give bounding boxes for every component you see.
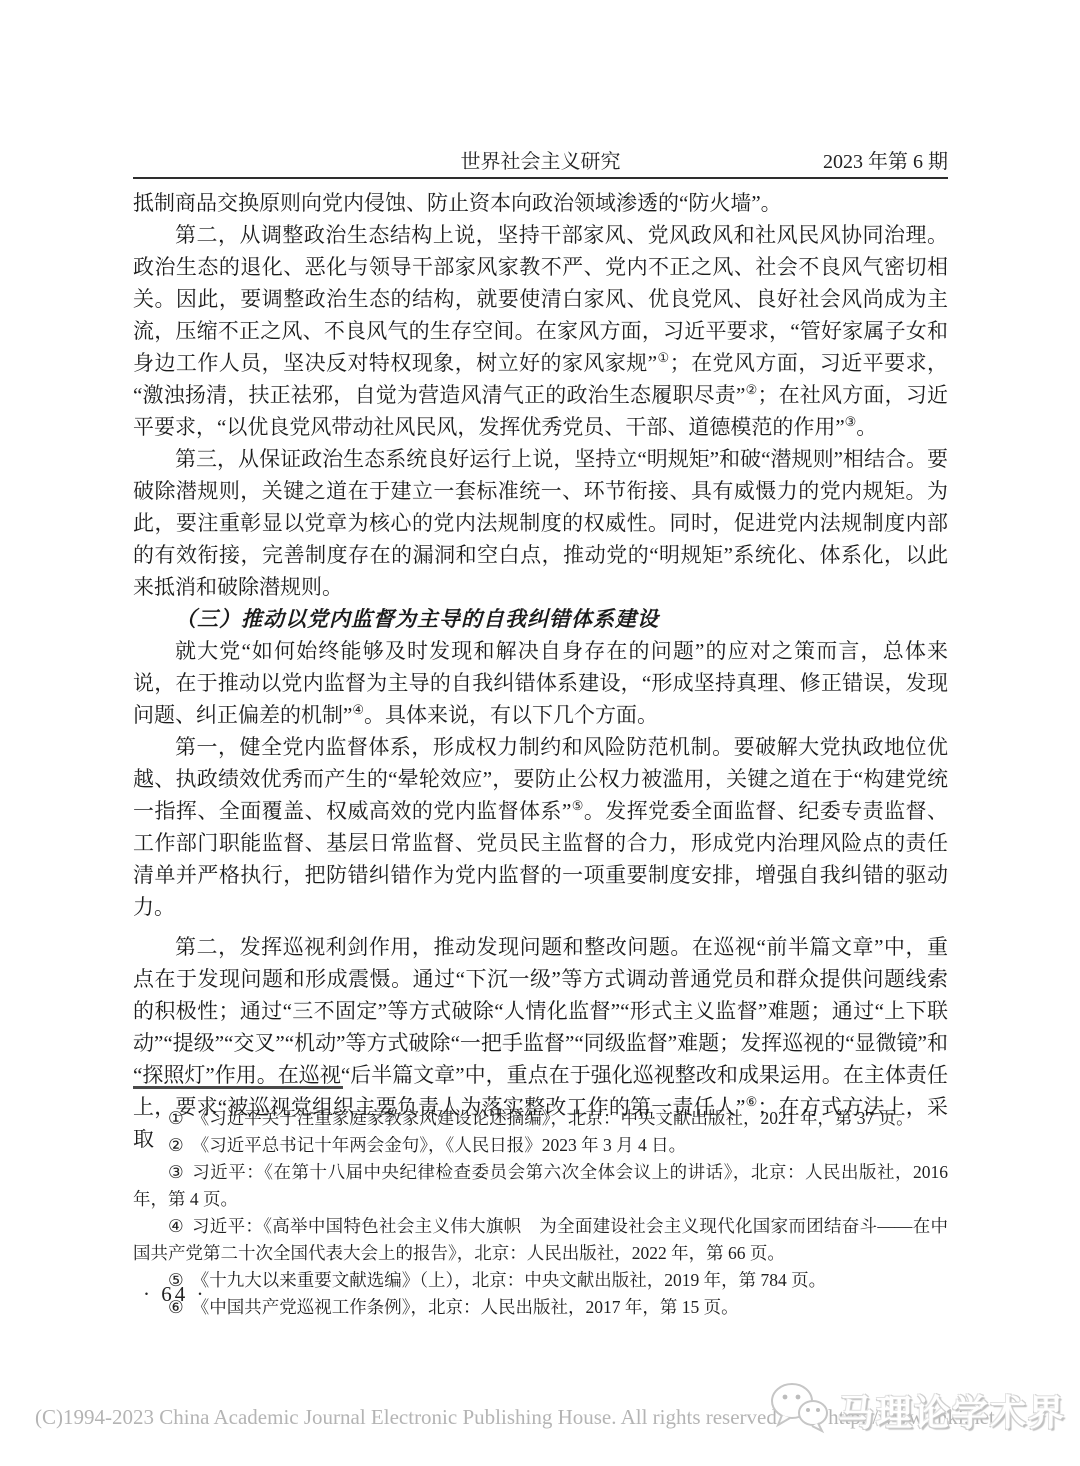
footnote-2-text: 《习近平总书记十年两会金句》，《人民日报》2023 年 3 月 4 日。 — [192, 1135, 686, 1155]
footnote-2-marker: ② — [168, 1135, 184, 1155]
section-heading: （三）推动以党内监督为主导的自我纠错体系建设 — [133, 603, 948, 635]
footnote-1: ①《习近平关于注重家庭家教家风建设论述摘编》，北京：中央文献出版社，2021 年… — [133, 1105, 948, 1132]
footnote-5-text: 《十九大以来重要文献选编》（上），北京：中央文献出版社，2019 年，第 784… — [192, 1270, 826, 1290]
watermark: 马理论学术界 — [766, 1374, 1066, 1446]
footnote-5: ⑤《十九大以来重要文献选编》（上），北京：中央文献出版社，2019 年，第 78… — [133, 1267, 948, 1294]
footnote-3-marker: ③ — [168, 1162, 184, 1182]
footnote-3: ③习近平：《在第十八届中央纪律检查委员会第六次全体会议上的讲话》，北京：人民出版… — [133, 1159, 948, 1213]
footnote-6-text: 《中国共产党巡视工作条例》，北京：人民出版社，2017 年，第 15 页。 — [192, 1297, 739, 1317]
journal-page: 世界社会主义研究 2023 年第 6 期 抵制商品交换原则向党内侵蚀、防止资本向… — [0, 0, 1080, 1466]
footnote-separator — [133, 1086, 343, 1089]
watermark-text: 马理论学术界 — [838, 1385, 1066, 1436]
paragraph-third-ecology: 第三，从保证政治生态系统良好运行上说，坚持立“明规矩”和破“潜规则”相结合。要破… — [133, 443, 948, 603]
page-number: · 64 · — [143, 1282, 207, 1307]
footnote-1-text: 《习近平关于注重家庭家教家风建设论述摘编》，北京：中央文献出版社，2021 年，… — [192, 1108, 914, 1128]
issue-label: 2023 年第 6 期 — [823, 149, 948, 175]
footnote-2: ②《习近平总书记十年两会金句》，《人民日报》2023 年 3 月 4 日。 — [133, 1132, 948, 1159]
copyright-text: (C)1994-2023 China Academic Journal Elec… — [35, 1405, 782, 1429]
wechat-icon — [766, 1377, 832, 1444]
paragraph-first-point: 第一，健全党内监督体系，形成权力制约和风险防范机制。要破解大党执政地位优越、执政… — [133, 731, 948, 923]
footnote-3-text: 习近平：《在第十八届中央纪律检查委员会第六次全体会议上的讲话》，北京：人民出版社… — [133, 1162, 948, 1209]
header-rule — [133, 177, 948, 179]
footnote-1-marker: ① — [168, 1108, 184, 1128]
footnote-4: ④习近平：《高举中国特色社会主义伟大旗帜 为全面建设社会主义现代化国家而团结奋斗… — [133, 1213, 948, 1267]
footnote-4-text: 习近平：《高举中国特色社会主义伟大旗帜 为全面建设社会主义现代化国家而团结奋斗—… — [133, 1216, 948, 1263]
article-body: 抵制商品交换原则向党内侵蚀、防止资本向政治领域渗透的“防火墙”。 第二，从调整政… — [133, 187, 948, 1155]
paragraph-intro: 就大党“如何始终能够及时发现和解决自身存在的问题”的应对之策而言，总体来说，在于… — [133, 635, 948, 731]
footnote-6: ⑥《中国共产党巡视工作条例》，北京：人民出版社，2017 年，第 15 页。 — [133, 1294, 948, 1321]
paragraph-continuation: 抵制商品交换原则向党内侵蚀、防止资本向政治领域渗透的“防火墙”。 — [133, 187, 948, 219]
footnote-4-marker: ④ — [168, 1216, 184, 1236]
footnotes-block: ①《习近平关于注重家庭家教家风建设论述摘编》，北京：中央文献出版社，2021 年… — [133, 1086, 948, 1321]
paragraph-second-ecology: 第二，从调整政治生态结构上说，坚持干部家风、党风政风和社风民风协同治理。政治生态… — [133, 219, 948, 443]
running-head: 世界社会主义研究 2023 年第 6 期 — [133, 149, 948, 175]
